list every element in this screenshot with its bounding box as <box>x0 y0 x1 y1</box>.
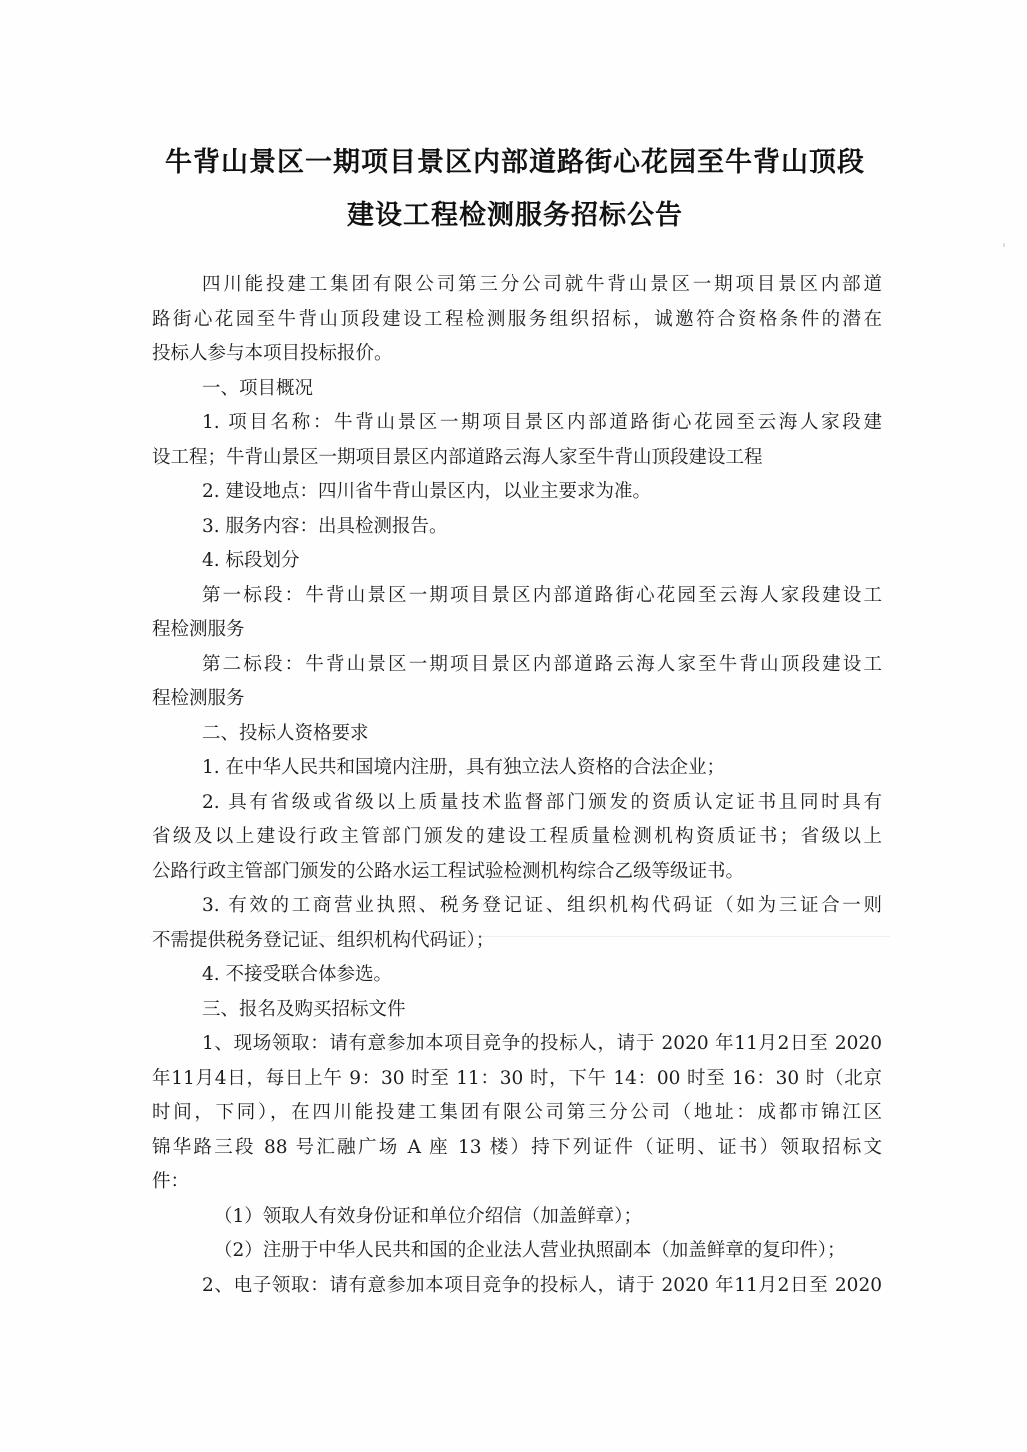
document-line: 4. 不接受联合体参选。 <box>152 958 882 993</box>
document-line: 2. 建设地点：四川省牛背山景区内，以业主要求为准。 <box>152 475 882 510</box>
document-line: 1. 在中华人民共和国境内注册，具有独立法人资格的合法企业； <box>152 751 882 786</box>
document-line: 省级及以上建设行政主管部门颁发的建设工程质量检测机构资质证书；省级以上 <box>152 820 882 855</box>
document-line: 锦华路三段 88 号汇融广场 A 座 13 楼）持下列证件（证明、证书）领取招标… <box>152 1131 882 1166</box>
document-line: 第一标段：牛背山景区一期项目景区内部道路街心花园至云海人家段建设工 <box>152 579 882 614</box>
document-line: 年11月4日，每日上午 9：30 时至 11：30 时，下午 14：00 时至 … <box>152 1062 882 1097</box>
document-line: 3. 有效的工商营业执照、税务登记证、组织机构代码证（如为三证合一则 <box>152 889 882 924</box>
document-body: 四川能投建工集团有限公司第三分公司就牛背山景区一期项目景区内部道路街心花园至牛背… <box>152 268 882 1303</box>
document-line: 1、现场领取：请有意参加本项目竞争的投标人，请于 2020 年11月2日至 20… <box>152 1027 882 1062</box>
document-line: 三、报名及购买招标文件 <box>152 993 882 1028</box>
document-line: 程检测服务 <box>152 682 882 717</box>
document-line: 投标人参与本项目投标报价。 <box>152 337 882 372</box>
scan-speck <box>1003 243 1005 247</box>
document-line: 2、电子领取：请有意参加本项目竞争的投标人，请于 2020 年11月2日至 20… <box>152 1269 882 1304</box>
document-line: 路街心花园至牛背山顶段建设工程检测服务组织招标，诚邀符合资格条件的潜在 <box>152 303 882 338</box>
document-title-line-2: 建设工程检测服务招标公告 <box>150 193 880 232</box>
document-line: 第二标段：牛背山景区一期项目景区内部道路云海人家至牛背山顶段建设工 <box>152 648 882 683</box>
document-line: 设工程；牛背山景区一期项目景区内部道路云海人家至牛背山顶段建设工程 <box>152 441 882 476</box>
scan-line-artifact <box>150 936 890 937</box>
document-line: （2）注册于中华人民共和国的企业法人营业执照副本（加盖鲜章的复印件）； <box>152 1234 882 1269</box>
document-line: 件： <box>152 1165 882 1200</box>
scanned-document-page: 牛背山景区一期项目景区内部道路街心花园至牛背山顶段 建设工程检测服务招标公告 四… <box>0 0 1027 1452</box>
document-line: （1）领取人有效身份证和单位介绍信（加盖鲜章）； <box>152 1200 882 1235</box>
document-line: 不需提供税务登记证、组织机构代码证）； <box>152 924 882 959</box>
document-line: 1. 项目名称：牛背山景区一期项目景区内部道路街心花园至云海人家段建 <box>152 406 882 441</box>
document-line: 公路行政主管部门颁发的公路水运工程试验检测机构综合乙级等级证书。 <box>152 855 882 890</box>
document-title-line-1: 牛背山景区一期项目景区内部道路街心花园至牛背山顶段 <box>150 140 880 179</box>
document-line: 时间，下同），在四川能投建工集团有限公司第三分公司（地址：成都市锦江区 <box>152 1096 882 1131</box>
document-line: 4. 标段划分 <box>152 544 882 579</box>
document-line: 2. 具有省级或省级以上质量技术监督部门颁发的资质认定证书且同时具有 <box>152 786 882 821</box>
document-line: 3. 服务内容：出具检测报告。 <box>152 510 882 545</box>
document-line: 一、项目概况 <box>152 372 882 407</box>
document-line: 四川能投建工集团有限公司第三分公司就牛背山景区一期项目景区内部道 <box>152 268 882 303</box>
document-line: 二、投标人资格要求 <box>152 717 882 752</box>
document-line: 程检测服务 <box>152 613 882 648</box>
